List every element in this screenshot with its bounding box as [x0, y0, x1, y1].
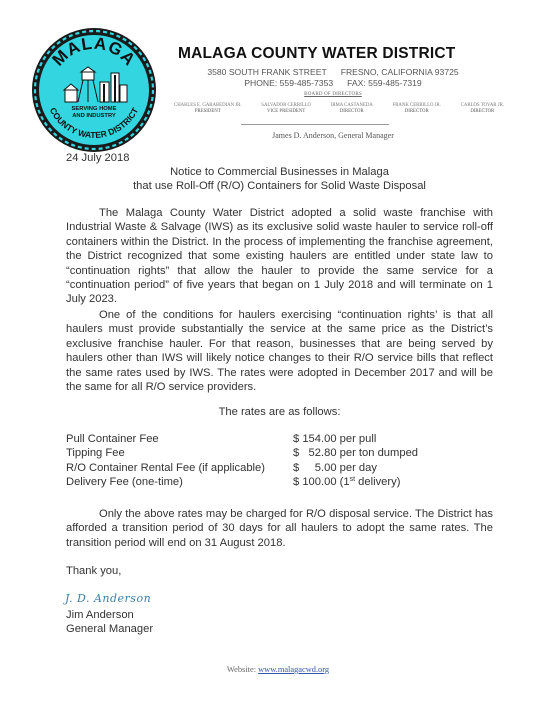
board-of-directors: CHARLES E. GARABEDIAN JR.PRESIDENT SALVA… [174, 103, 504, 114]
rate-row: Tipping Fee $ 52.80 per ton dumped [66, 446, 493, 460]
address-block: 3580 SOUTH FRANK STREETFRESNO, CALIFORNI… [178, 67, 488, 89]
website-label: Website: [227, 665, 256, 674]
organization-name: MALAGA COUNTY WATER DISTRICT [178, 45, 478, 63]
rates-table: Pull Container Fee $ 154.00 per pull Tip… [66, 432, 493, 490]
board-member: SALVADOR CERRILLOVICE PRESIDENT [261, 103, 311, 114]
district-logo: MALAGA SERVING HOME AND INDUSTRY COUNTY … [31, 27, 157, 153]
board-title: BOARD OF DIRECTORS [178, 92, 488, 97]
letter-subject: Notice to Commercial Businesses in Malag… [66, 165, 493, 194]
letter-date: 24 July 2018 [66, 151, 129, 165]
board-member: IRMA CASTANEDADIRECTOR [331, 103, 373, 114]
general-manager-line: James D. Anderson, General Manager [178, 131, 488, 140]
svg-text:AND INDUSTRY: AND INDUSTRY [72, 113, 116, 119]
signer-name: Jim Anderson [66, 608, 153, 622]
rate-row: R/O Container Rental Fee (if applicable)… [66, 461, 493, 475]
paragraph-conditions: One of the conditions for haulers exerci… [66, 308, 493, 394]
signer-block: Jim Anderson General Manager [66, 608, 153, 637]
paragraph-franchise: The Malaga County Water District adopted… [66, 206, 493, 307]
footer: Website: www.malagacwd.org [0, 665, 556, 674]
signer-title: General Manager [66, 622, 153, 636]
street-address: 3580 SOUTH FRANK STREET [207, 67, 326, 77]
signature: J. D. Anderson [65, 592, 151, 605]
letter-page: MALAGA SERVING HOME AND INDUSTRY COUNTY … [0, 0, 556, 720]
website-link[interactable]: www.malagacwd.org [258, 665, 329, 674]
svg-text:SERVING HOME: SERVING HOME [72, 106, 117, 112]
board-member: CARLOS TOVAR JR.DIRECTOR [461, 103, 504, 114]
closing: Thank you, [66, 564, 121, 578]
rate-row: Delivery Fee (one-time) $ 100.00 (1st de… [66, 475, 493, 489]
board-member: CHARLES E. GARABEDIAN JR.PRESIDENT [174, 103, 242, 114]
rates-intro: The rates are as follows: [66, 405, 493, 419]
board-member: FRANK CERRILLO JR.DIRECTOR [393, 103, 441, 114]
divider [241, 124, 389, 125]
fax-number: FAX: 559-485-7319 [347, 78, 422, 88]
city-address: FRESNO, CALIFORNIA 93725 [341, 67, 459, 77]
paragraph-transition: Only the above rates may be charged for … [66, 507, 493, 550]
rate-row: Pull Container Fee $ 154.00 per pull [66, 432, 493, 446]
phone-number: PHONE: 559-485-7353 [244, 78, 333, 88]
